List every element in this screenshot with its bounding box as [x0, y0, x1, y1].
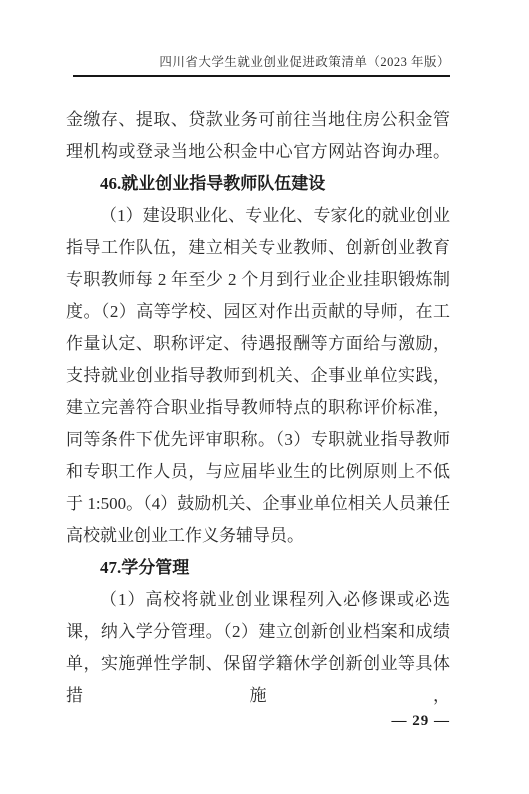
header-rule — [73, 75, 450, 77]
document-page: 四川省大学生就业创业促进政策清单（2023 年版） 金缴存、提取、贷款业务可前往… — [0, 0, 529, 794]
page-body: 金缴存、提取、贷款业务可前往当地住房公积金管理机构或登录当地公积金中心官方网站咨… — [66, 104, 450, 712]
section-46-heading: 46.就业创业指导教师队伍建设 — [66, 168, 450, 200]
section-46-paragraph: （1）建设职业化、专业化、专家化的就业创业指导工作队伍，建立相关专业教师、创新创… — [66, 200, 450, 552]
continued-paragraph: 金缴存、提取、贷款业务可前往当地住房公积金管理机构或登录当地公积金中心官方网站咨… — [66, 104, 450, 168]
running-head-title: 四川省大学生就业创业促进政策清单（2023 年版） — [73, 54, 450, 70]
section-47-heading: 47.学分管理 — [66, 552, 450, 584]
page-number: — 29 — — [392, 712, 451, 730]
section-47-paragraph: （1）高校将就业创业课程列入必修课或必选课，纳入学分管理。（2）建立创新创业档案… — [66, 584, 450, 712]
